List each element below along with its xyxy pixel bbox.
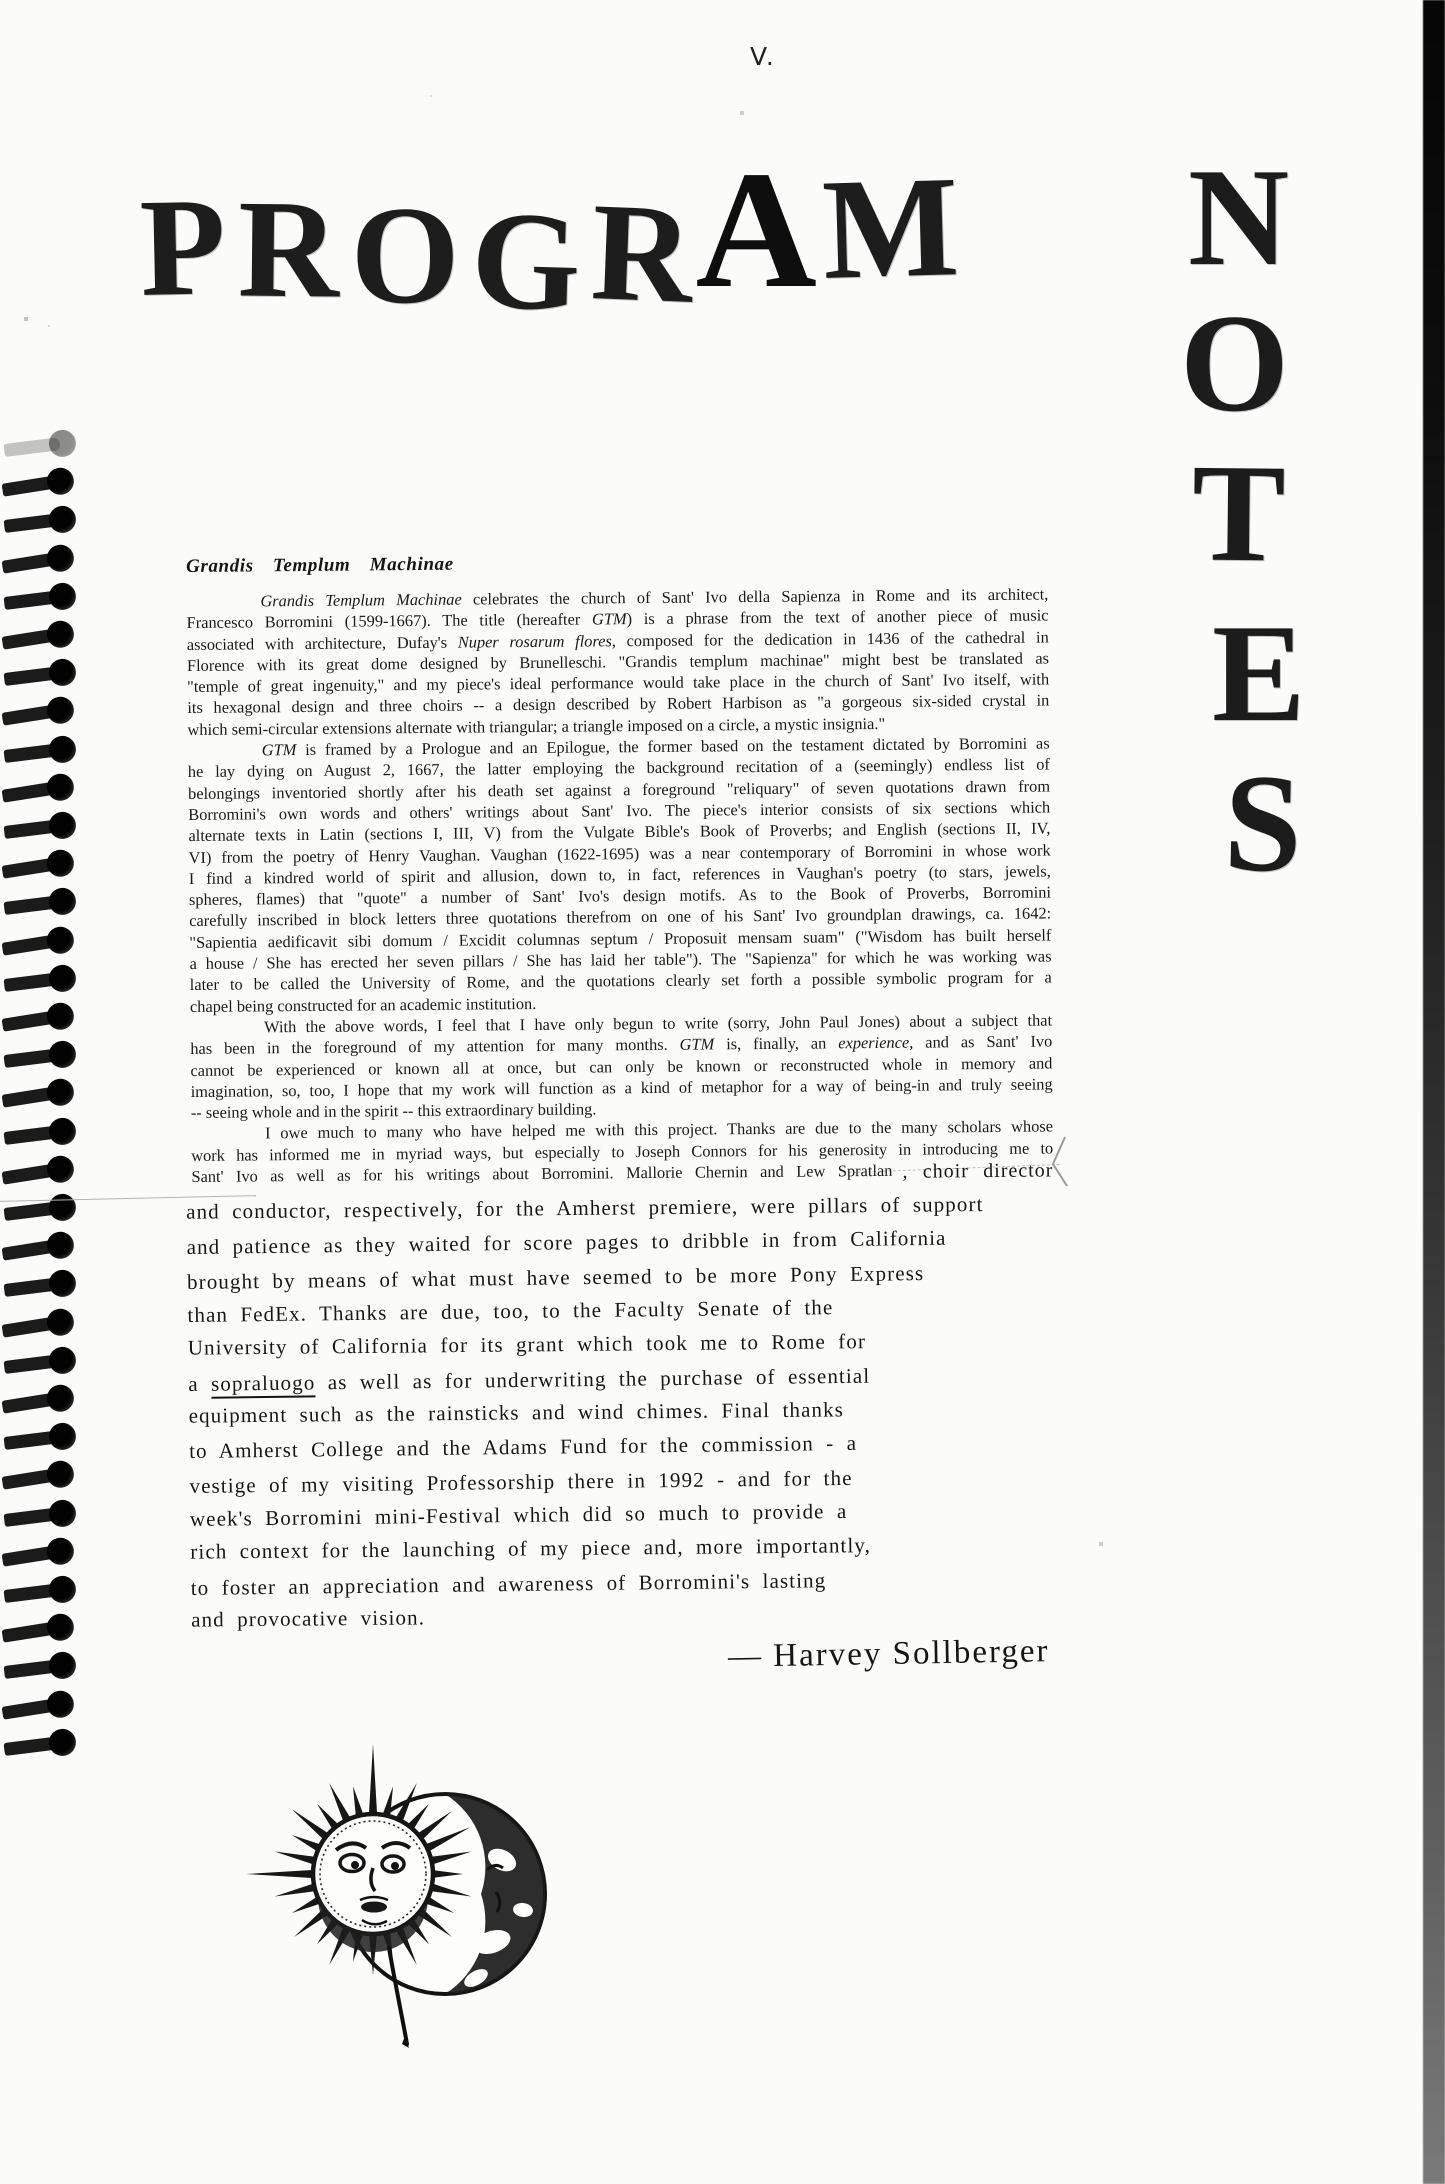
italic-text: GTM [592,609,627,628]
italic-text: GTM [262,740,297,759]
sun-and-crescent-moon-woodcut-icon [240,1742,562,2057]
underlined-text: sopraluogo [211,1370,316,1398]
paragraph: With the above words, I feel that I have… [190,1009,1053,1123]
handwritten-block: and conductor, respectively, for the Amh… [186,1184,1201,1638]
italic-text: Grandis Templum Machinae [260,590,461,611]
italic-text: GTM [680,1035,715,1054]
side-title-letter: T [1191,444,1286,585]
paragraph: Grandis Templum Machinae celebrates the … [186,583,1049,740]
sun-ray [246,1870,316,1879]
paragraph: GTM is framed by a Prologue and an Epilo… [188,733,1052,1017]
typed-text-block: Grandis Templum Machinae Grandis Templum… [186,548,1053,1187]
side-title-letter: S [1223,753,1304,895]
sun-ray [369,1744,378,1817]
italic-text: Nuper rosarum flores [458,631,612,651]
side-title-letter: O [1180,294,1289,434]
italic-text: experience [838,1033,909,1053]
side-title-letter: N [1188,148,1289,288]
signature: — Harvey Sollberger [728,1633,1050,1676]
paragraph: I owe much to many who have helped me wi… [191,1116,1054,1187]
handwritten-inline-note: , choir director [902,1159,1053,1182]
typed-paragraphs: Grandis Templum Machinae celebrates the … [186,583,1053,1187]
scanned-program-notes-page: V. PROGRAM NOTES Grandis Templum Machina… [0,0,1445,2184]
side-title-letter: E [1212,604,1305,744]
